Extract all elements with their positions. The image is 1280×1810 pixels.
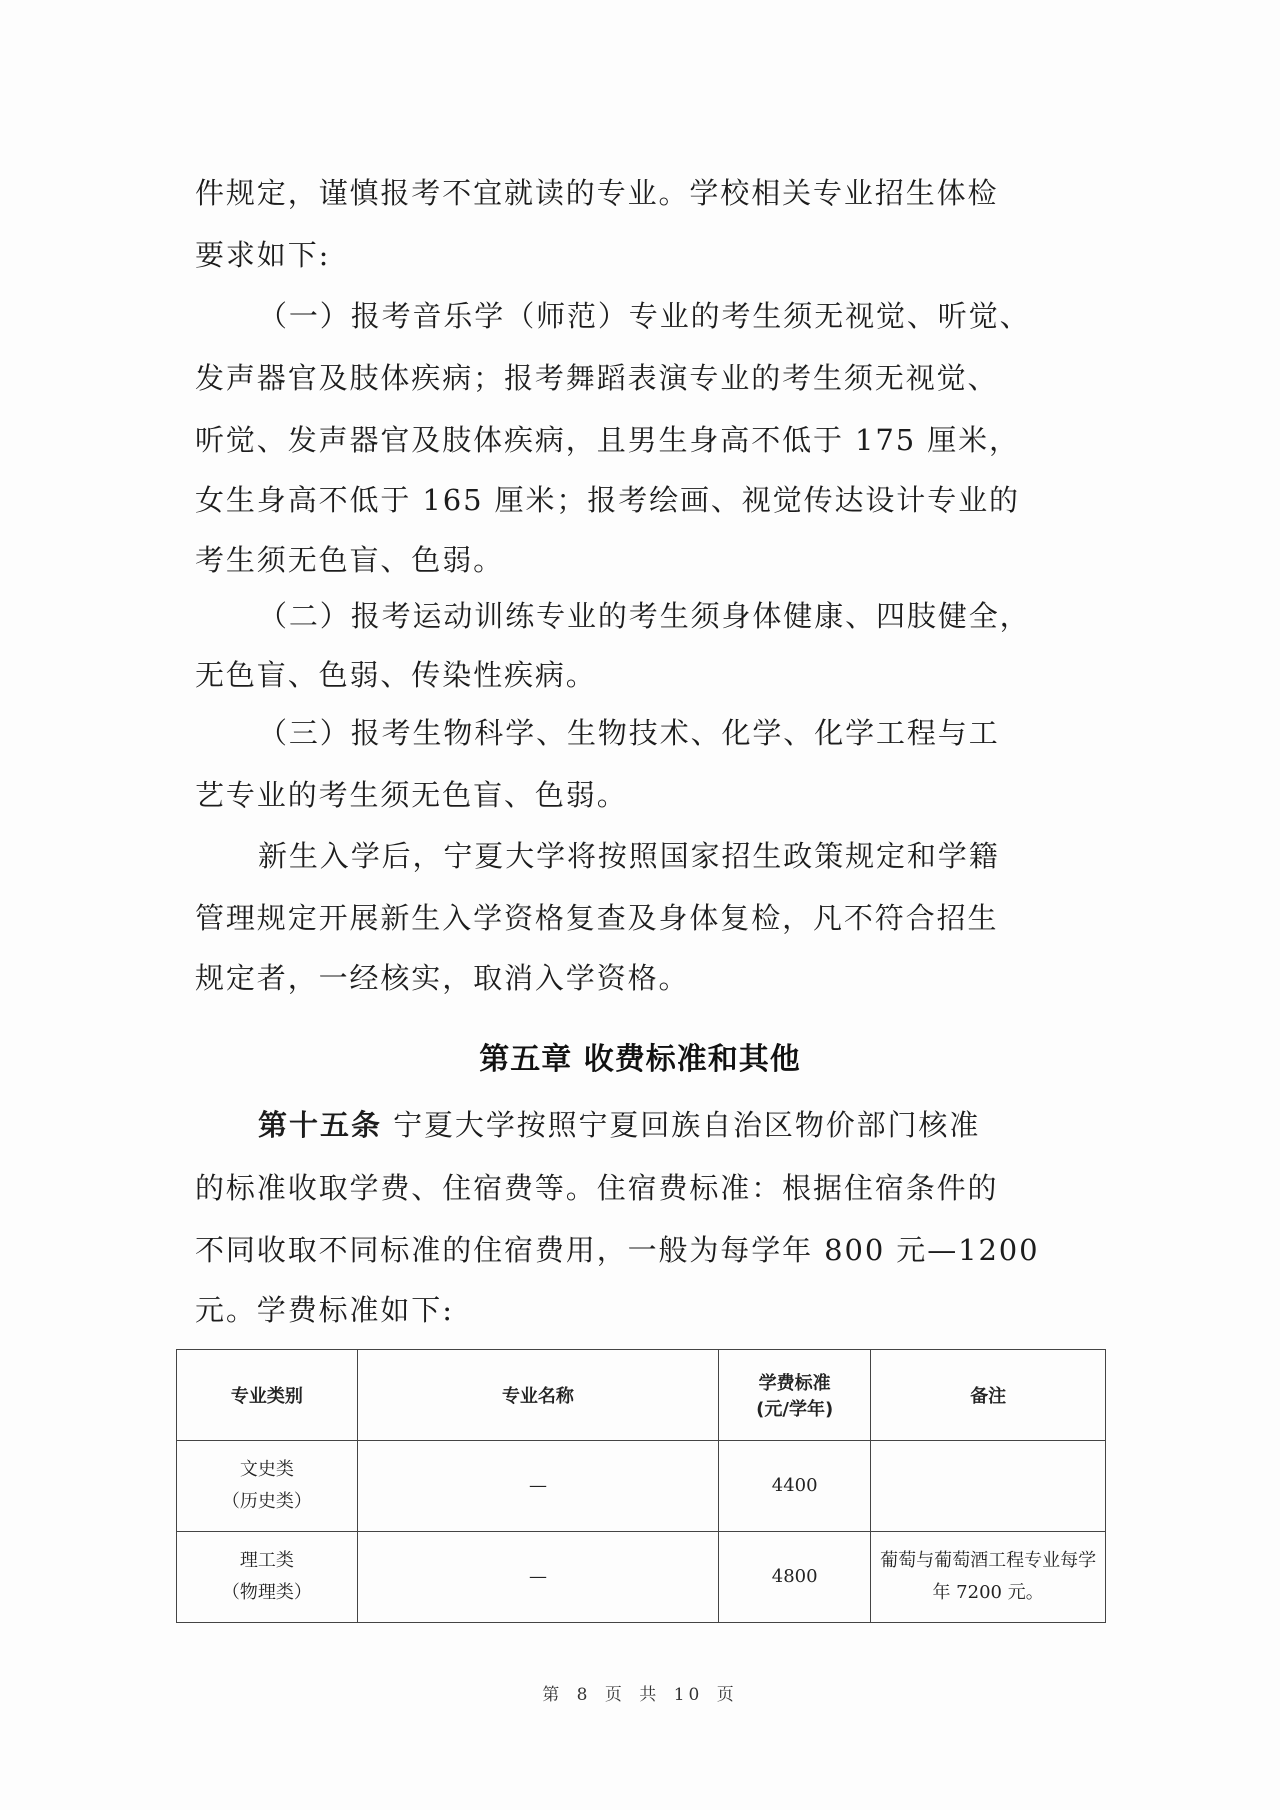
- body-line: 女生身高不低于 165 厘米；报考绘画、视觉传达设计专业的: [195, 480, 1105, 520]
- cell-fee: 4800: [719, 1532, 871, 1623]
- table-header-row: 专业类别 专业名称 学费标准 (元/学年) 备注: [177, 1350, 1106, 1441]
- body-line: （三）报考生物科学、生物技术、化学、化学工程与工: [258, 713, 1105, 753]
- header-major-name: 专业名称: [357, 1350, 718, 1441]
- cell-category: 理工类 （物理类）: [177, 1532, 358, 1623]
- cell-major-name: —: [357, 1441, 718, 1532]
- category-line2: （物理类）: [183, 1577, 351, 1609]
- body-line: （一）报考音乐学（师范）专业的考生须无视觉、听觉、: [258, 296, 1105, 336]
- body-line: 件规定，谨慎报考不宜就读的专业。学校相关专业招生体检: [195, 173, 1105, 213]
- category-line1: 文史类: [183, 1454, 351, 1486]
- article-line: 的标准收取学费、住宿费等。住宿费标准：根据住宿条件的: [195, 1168, 1105, 1208]
- category-line2: （历史类）: [183, 1486, 351, 1518]
- body-line: 规定者，一经核实，取消入学资格。: [195, 958, 1105, 998]
- body-line: 管理规定开展新生入学资格复查及身体复检，凡不符合招生: [195, 898, 1105, 938]
- article-text: 宁夏大学按照宁夏回族自治区物价部门核准: [382, 1108, 980, 1142]
- article-number: 第十五条: [258, 1108, 382, 1142]
- table-row: 理工类 （物理类） — 4800 葡萄与葡萄酒工程专业每学年 7200 元。: [177, 1532, 1106, 1623]
- cell-category: 文史类 （历史类）: [177, 1441, 358, 1532]
- cell-major-name: —: [357, 1532, 718, 1623]
- header-category: 专业类别: [177, 1350, 358, 1441]
- article-line: 不同收取不同标准的住宿费用，一般为每学年 800 元—1200: [195, 1230, 1105, 1270]
- body-line: 考生须无色盲、色弱。: [195, 540, 1105, 580]
- fee-table: 专业类别 专业名称 学费标准 (元/学年) 备注 文史类 （历史类） — 440…: [176, 1349, 1106, 1623]
- body-line: 无色盲、色弱、传染性疾病。: [195, 655, 1105, 695]
- body-line: 新生入学后，宁夏大学将按照国家招生政策规定和学籍: [258, 836, 1105, 876]
- body-line: （二）报考运动训练专业的考生须身体健康、四肢健全，: [258, 596, 1105, 636]
- cell-note: [871, 1441, 1106, 1532]
- cell-fee: 4400: [719, 1441, 871, 1532]
- chapter-heading: 第五章 收费标准和其他: [0, 1040, 1280, 1080]
- body-line: 发声器官及肢体疾病；报考舞蹈表演专业的考生须无视觉、: [195, 358, 1105, 398]
- body-line: 要求如下:: [195, 235, 1105, 275]
- body-line: 艺专业的考生须无色盲、色弱。: [195, 775, 1105, 815]
- document-page: 件规定，谨慎报考不宜就读的专业。学校相关专业招生体检 要求如下: （一）报考音乐…: [0, 0, 1280, 1810]
- article-first-line: 第十五条 宁夏大学按照宁夏回族自治区物价部门核准: [258, 1105, 1105, 1145]
- cell-note: 葡萄与葡萄酒工程专业每学年 7200 元。: [871, 1532, 1106, 1623]
- article-line: 元。学费标准如下:: [195, 1290, 1105, 1330]
- header-fee: 学费标准 (元/学年): [719, 1350, 871, 1441]
- page-footer: 第 8 页 共 10 页: [0, 1680, 1280, 1705]
- header-note: 备注: [871, 1350, 1106, 1441]
- header-fee-line2: (元/学年): [725, 1395, 864, 1421]
- header-fee-line1: 学费标准: [725, 1369, 864, 1395]
- category-line1: 理工类: [183, 1545, 351, 1577]
- body-line: 听觉、发声器官及肢体疾病，且男生身高不低于 175 厘米，: [195, 420, 1105, 460]
- table-row: 文史类 （历史类） — 4400: [177, 1441, 1106, 1532]
